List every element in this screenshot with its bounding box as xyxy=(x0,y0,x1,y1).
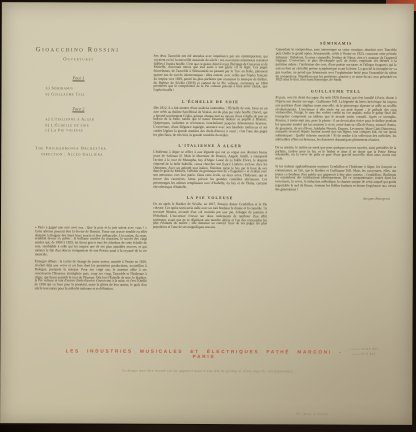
album-subtitle: Ouvertures xyxy=(36,56,122,61)
section-heading-pie-voleuse: LA PIE VOLEUSE xyxy=(153,196,267,200)
print-credit: 30 - Made in France xyxy=(296,413,396,416)
liner-notes-paragraph: Et puis, voici le chant du cygne. En aoû… xyxy=(275,96,396,142)
section-heading-semiramis: SÉMIRAMIS xyxy=(276,41,397,46)
photo-background-bottom-edge xyxy=(0,425,416,432)
liner-notes-paragraph: De sa retraite, le maître ne sortit que … xyxy=(275,146,396,162)
album-title: Gioacchino Rossini xyxy=(36,46,148,53)
record-sleeve-back-cover: Gioacchino Rossini Ouvertures Face 1 a) … xyxy=(0,2,414,425)
liner-notes-paragraph: Ses deux Tancrède ont été attendus avec … xyxy=(154,55,268,93)
liner-notes-paragraph: Dès 1812, il a fait montre d'une maîtris… xyxy=(153,107,267,138)
catalog-mono: mono FCX 803 xyxy=(332,352,396,357)
liner-notes-paragraph: Étranges débuts : la Lettre de change du… xyxy=(35,261,147,292)
section-heading-echelle-de-soie: L'ÉCHELLE DE SOIE xyxy=(153,100,267,104)
liner-notes-paragraph: Si les italiens applaudissaient toujours… xyxy=(275,165,396,192)
middle-column: Ses deux Tancrède ont été attendus avec … xyxy=(153,55,268,234)
face2-label: Face 2 xyxy=(35,106,121,111)
track-face2-c: c) La Pie voleuse xyxy=(35,129,147,135)
section-heading-guillaume-tell: GUILLAUME TELL xyxy=(276,89,397,94)
liner-notes-paragraph: Un an après le Barbier de Séville, en 18… xyxy=(153,203,267,230)
face1-label: Face 1 xyxy=(36,75,122,80)
catalog-numbers: stéréo SAXF 803 mono FCX 803 xyxy=(332,347,396,357)
liner-notes-paragraph: Cependant le compositeur, sans interromp… xyxy=(276,48,397,83)
liner-notes-paragraph: « Paris a gagné une race avec eux : Que … xyxy=(35,226,147,257)
section-heading-italienne-a-alger: L'ITALIENNE À ALGER xyxy=(153,144,267,148)
track-face1-b: b) Guillaume Tell xyxy=(36,92,148,98)
left-column: Gioacchino Rossini Ouvertures Face 1 a) … xyxy=(35,46,148,295)
right-column: SÉMIRAMIS Cependant le compositeur, sans… xyxy=(275,34,397,200)
orchestra-name: The Philharmonia Orchestra xyxy=(35,146,147,150)
publisher-line: LES INDUSTRIES MUSICALES ET ÉLECTRIQUES … xyxy=(58,348,350,359)
conductor-credit: direction : Alceo Galliera xyxy=(35,152,147,156)
author-signature: Jacques Bourgeois xyxy=(275,196,396,201)
liner-notes-paragraph: L'Italienne à Alger se réfère à une lége… xyxy=(153,151,267,189)
